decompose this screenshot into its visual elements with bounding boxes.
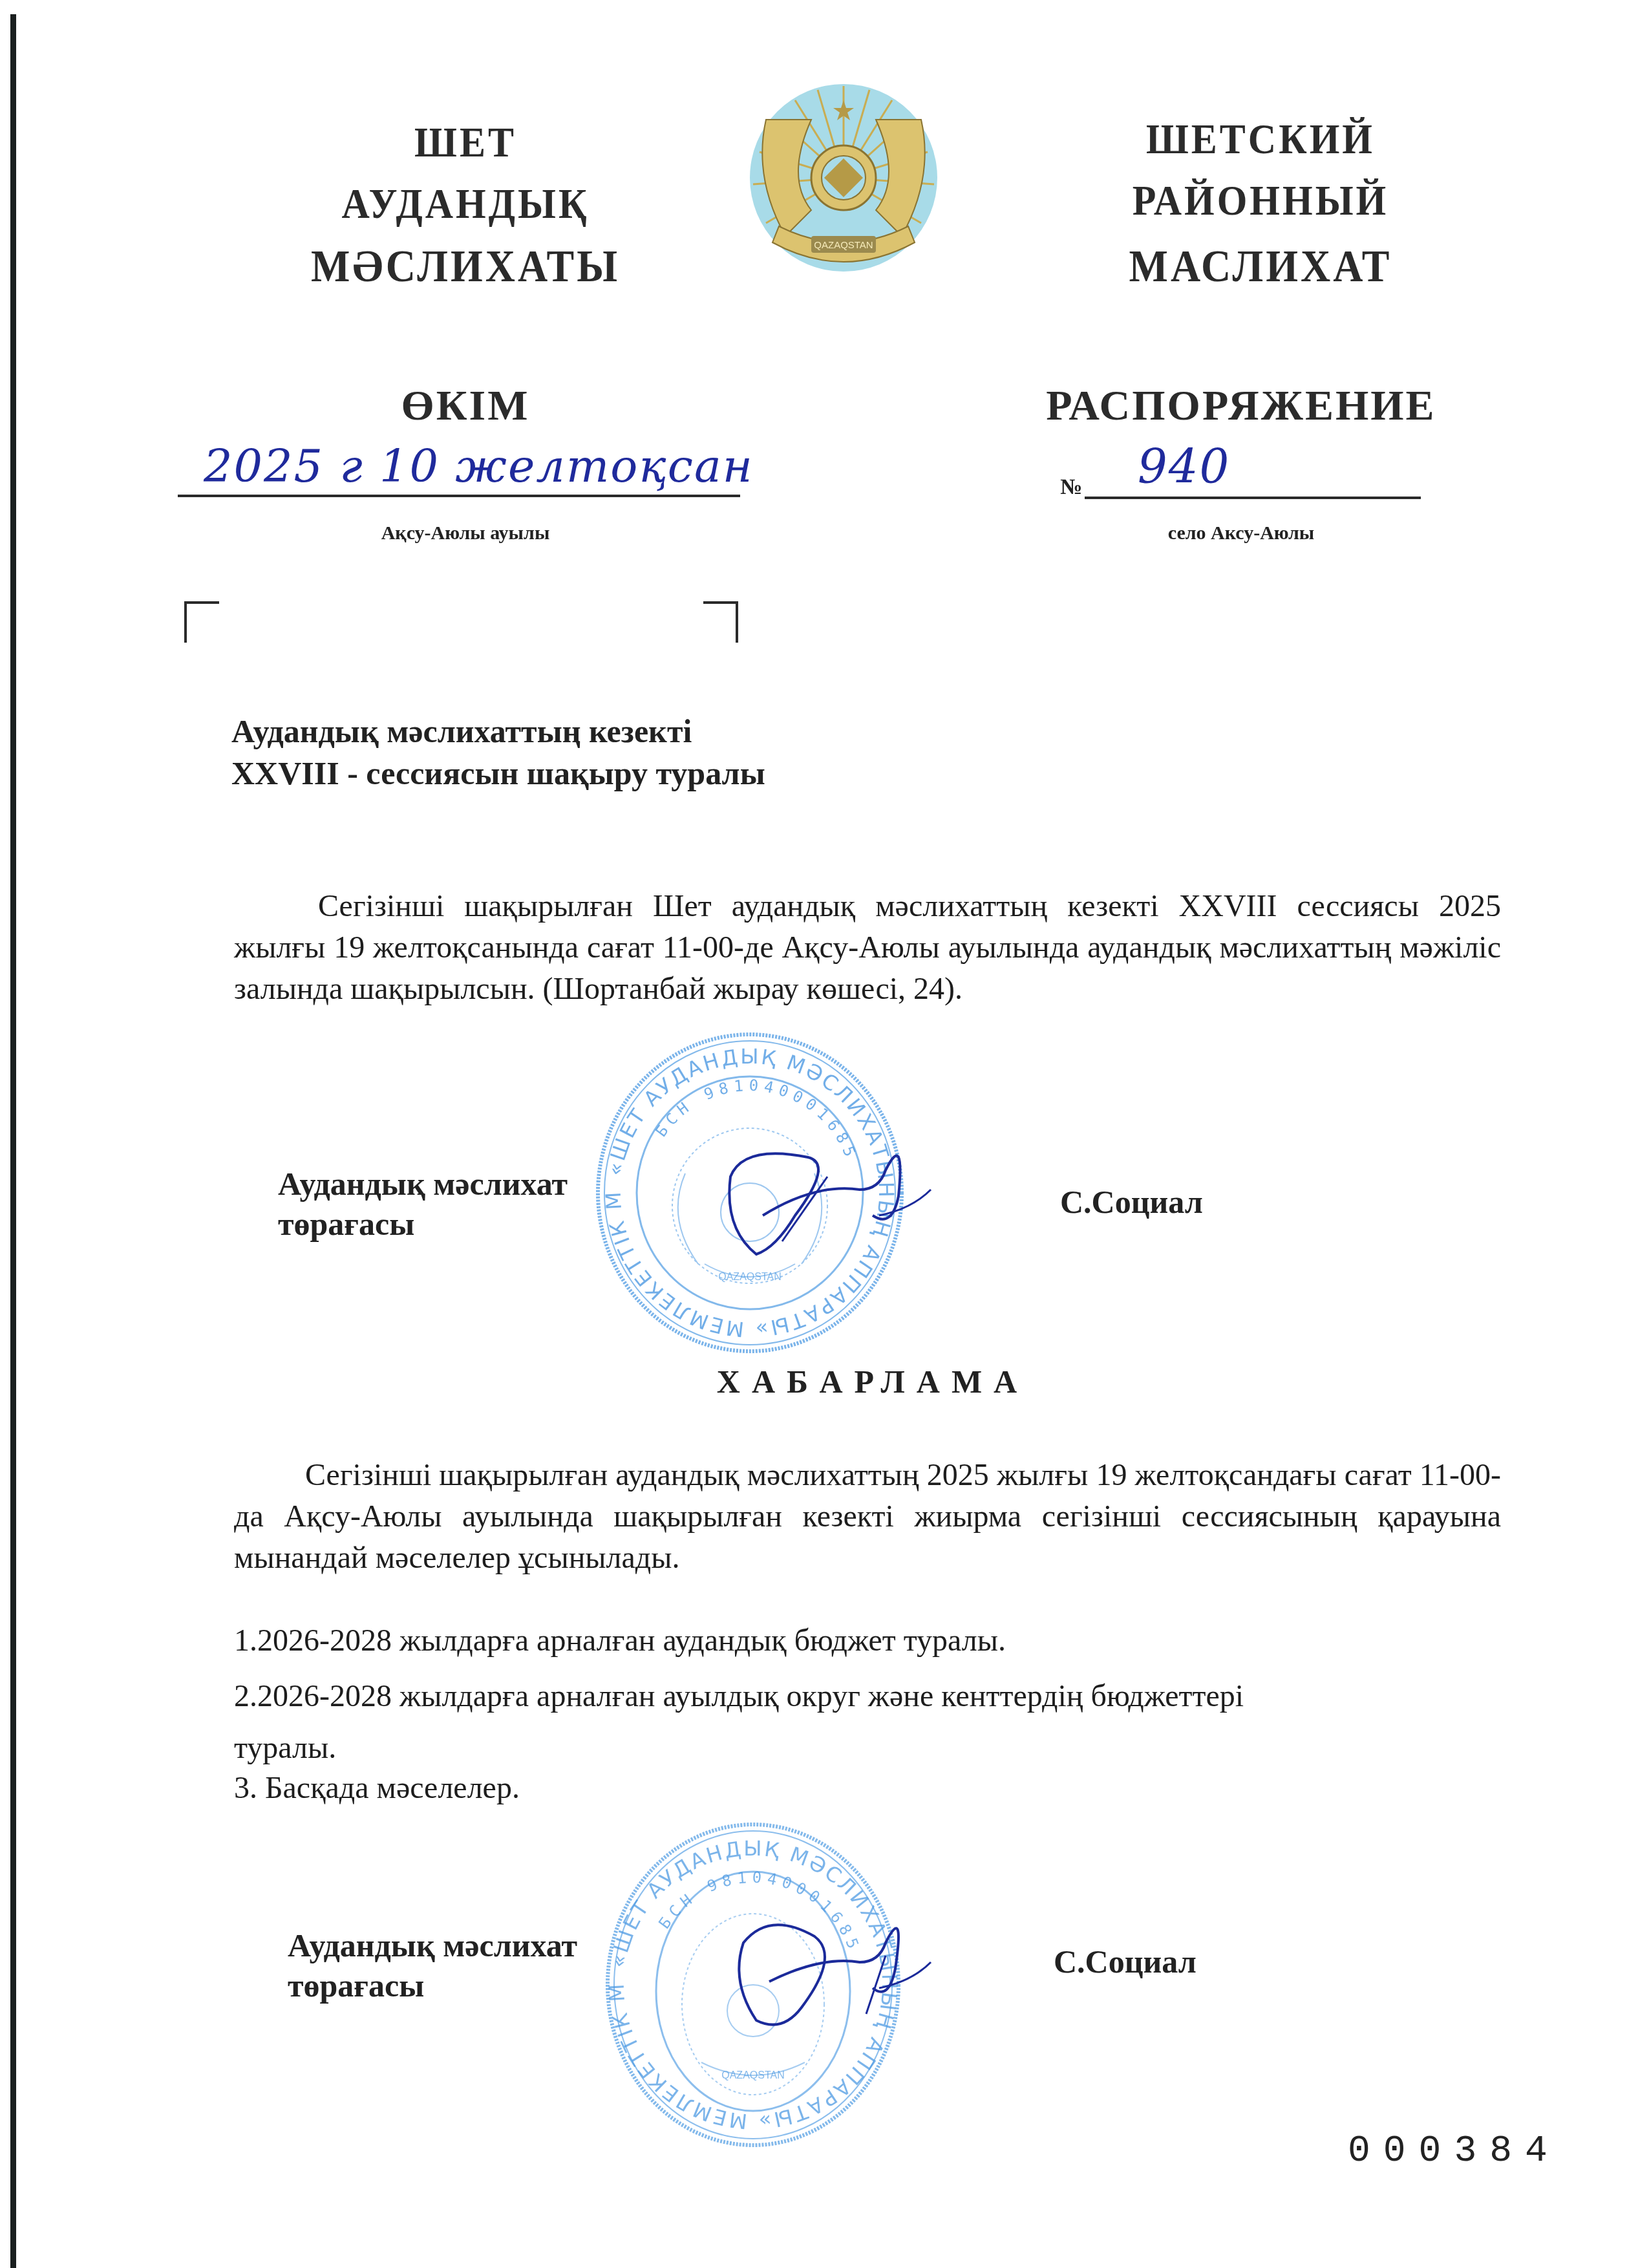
signatory-title-1-line2: төрағасы	[278, 1204, 414, 1244]
agenda-item-3: 3. Басқада мәселелер.	[234, 1768, 520, 1809]
order-paragraph-text: Сегізінші шақырылған Шет аудандық мәслих…	[234, 889, 1501, 1006]
header-ru-line1: ШЕТСКИЙ	[1086, 118, 1435, 160]
scan-edge	[10, 14, 16, 2268]
date-field[interactable]: 2025 г 10 желтоқсан	[178, 440, 740, 498]
subject-line1: Аудандық мәслихаттың кезекті	[231, 711, 692, 751]
document-type-kz: ӨКІМ	[336, 381, 595, 431]
agenda-item-2-cont: туралы.	[234, 1728, 336, 1769]
subject-line2: XXVIII - сессиясын шақыру туралы	[231, 753, 765, 793]
place-ru: село Аксу-Аюлы	[1060, 522, 1422, 544]
number-field[interactable]: № 940	[1060, 440, 1422, 504]
subject-bracket-left	[184, 601, 219, 643]
subject-bracket-right	[703, 601, 738, 643]
date-underline	[178, 495, 740, 497]
header-ru-line3: МАСЛИХАТ	[1086, 244, 1435, 288]
handwritten-signature-2	[718, 1898, 950, 2066]
signatory-title-2-line2: төрағасы	[288, 1965, 424, 2006]
signatory-title-2-line1: Аудандық мәслихат	[288, 1925, 577, 1965]
agenda-item-1: 1.2026-2028 жылдарға арналған аудандық б…	[234, 1620, 1006, 1662]
serial-number: 000384	[1348, 2130, 1560, 2172]
handwritten-signature-1	[718, 1118, 950, 1287]
signatory-name-2: С.Социал	[1054, 1943, 1197, 1980]
header-ru-line2: РАЙОННЫЙ	[1086, 180, 1435, 222]
state-emblem-icon: QAZAQSTAN	[740, 81, 947, 281]
number-handwritten: 940	[1138, 440, 1230, 494]
agenda-item-2: 2.2026-2028 жылдарға арналған ауылдық ок…	[234, 1676, 1244, 1717]
place-kz: Ақсу-Аюлы ауылы	[271, 522, 659, 544]
svg-text:QAZAQSTAN: QAZAQSTAN	[721, 2070, 785, 2081]
notice-paragraph-text: Сегізінші шақырылған аудандық мәслихатты…	[234, 1458, 1501, 1575]
notice-title: ХАБАРЛАМА	[582, 1363, 1164, 1400]
number-underline	[1085, 497, 1421, 499]
signatory-name-1: С.Социал	[1060, 1183, 1203, 1221]
document-type-ru: РАСПОРЯЖЕНИЕ	[1021, 381, 1461, 431]
order-paragraph: Сегізінші шақырылған Шет аудандық мәслих…	[234, 886, 1501, 1010]
number-prefix: №	[1060, 475, 1082, 500]
svg-text:QAZAQSTAN: QAZAQSTAN	[814, 240, 873, 251]
header-kz-line1: ШЕТ	[284, 122, 646, 164]
notice-paragraph: Сегізінші шақырылған аудандық мәслихатты…	[234, 1455, 1501, 1579]
header-kz-line3: МӘСЛИХАТЫ	[284, 244, 646, 288]
date-handwritten: 2025 г 10 желтоқсан	[204, 440, 754, 493]
signatory-title-1-line1: Аудандық мәслихат	[278, 1164, 568, 1204]
header-kz-line2: АУДАНДЫҚ	[284, 183, 646, 225]
